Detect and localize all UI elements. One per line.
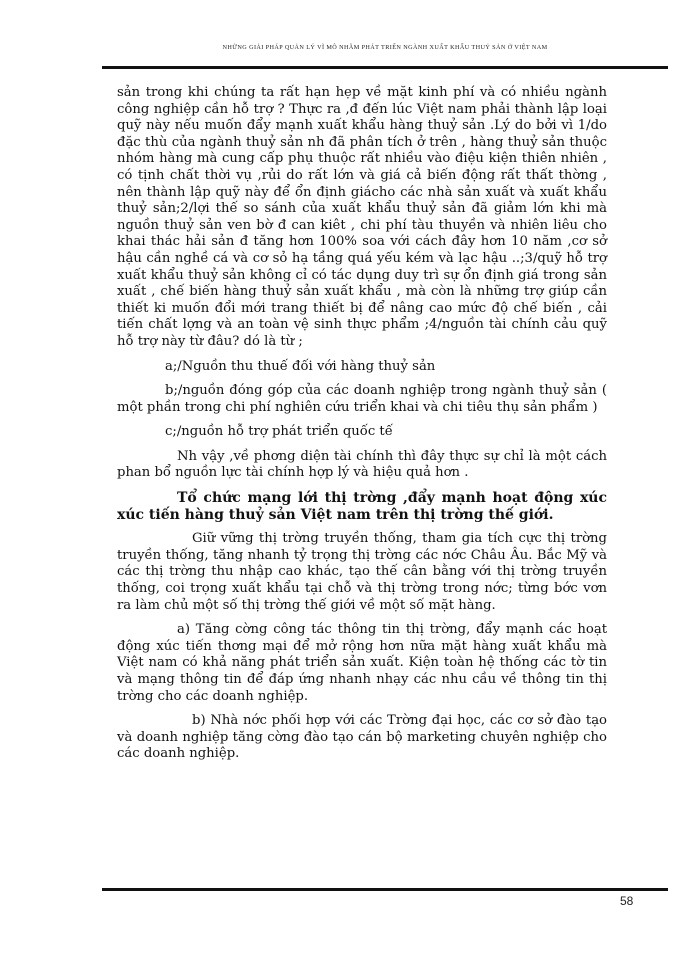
- paragraph-market-information: a) Tăng cờng công tác thông tin thị trờn…: [117, 622, 607, 705]
- running-header: NHỮNG GIẢI PHÁP QUẢN LÝ VĨ MÔ NHẰM PHÁT …: [102, 44, 668, 51]
- paragraph-marketing-training: b) Nhà nớc phối hợp với các Trờng đại họ…: [117, 713, 607, 763]
- paragraph-financial-summary: Nh vậy ,về phơng diện tài chính thì đây …: [117, 449, 607, 482]
- list-item-international-support: c;/nguồn hỗ trợ phát triển quốc tế: [117, 424, 607, 441]
- header-rule: [102, 66, 668, 69]
- list-item-tax-revenue: a;/Nguồn thu thuế đối với hàng thuỷ sản: [117, 359, 607, 376]
- paragraph-traditional-markets: Giữ vững thị trờng truyền thống, tham gi…: [117, 531, 607, 614]
- page-number: 58: [620, 894, 633, 908]
- paragraph-fund-rationale: sản trong khi chúng ta rất hạn hẹp về mặ…: [117, 85, 607, 351]
- footer-rule: [102, 888, 668, 891]
- list-item-enterprise-contribution: b;/nguồn đóng góp của các doanh nghiệp t…: [117, 383, 607, 416]
- document-body: sản trong khi chúng ta rất hạn hẹp về mặ…: [117, 85, 607, 771]
- section-heading: Tổ chức mạng lới thị trờng ,đẩy mạnh hoạ…: [117, 490, 607, 523]
